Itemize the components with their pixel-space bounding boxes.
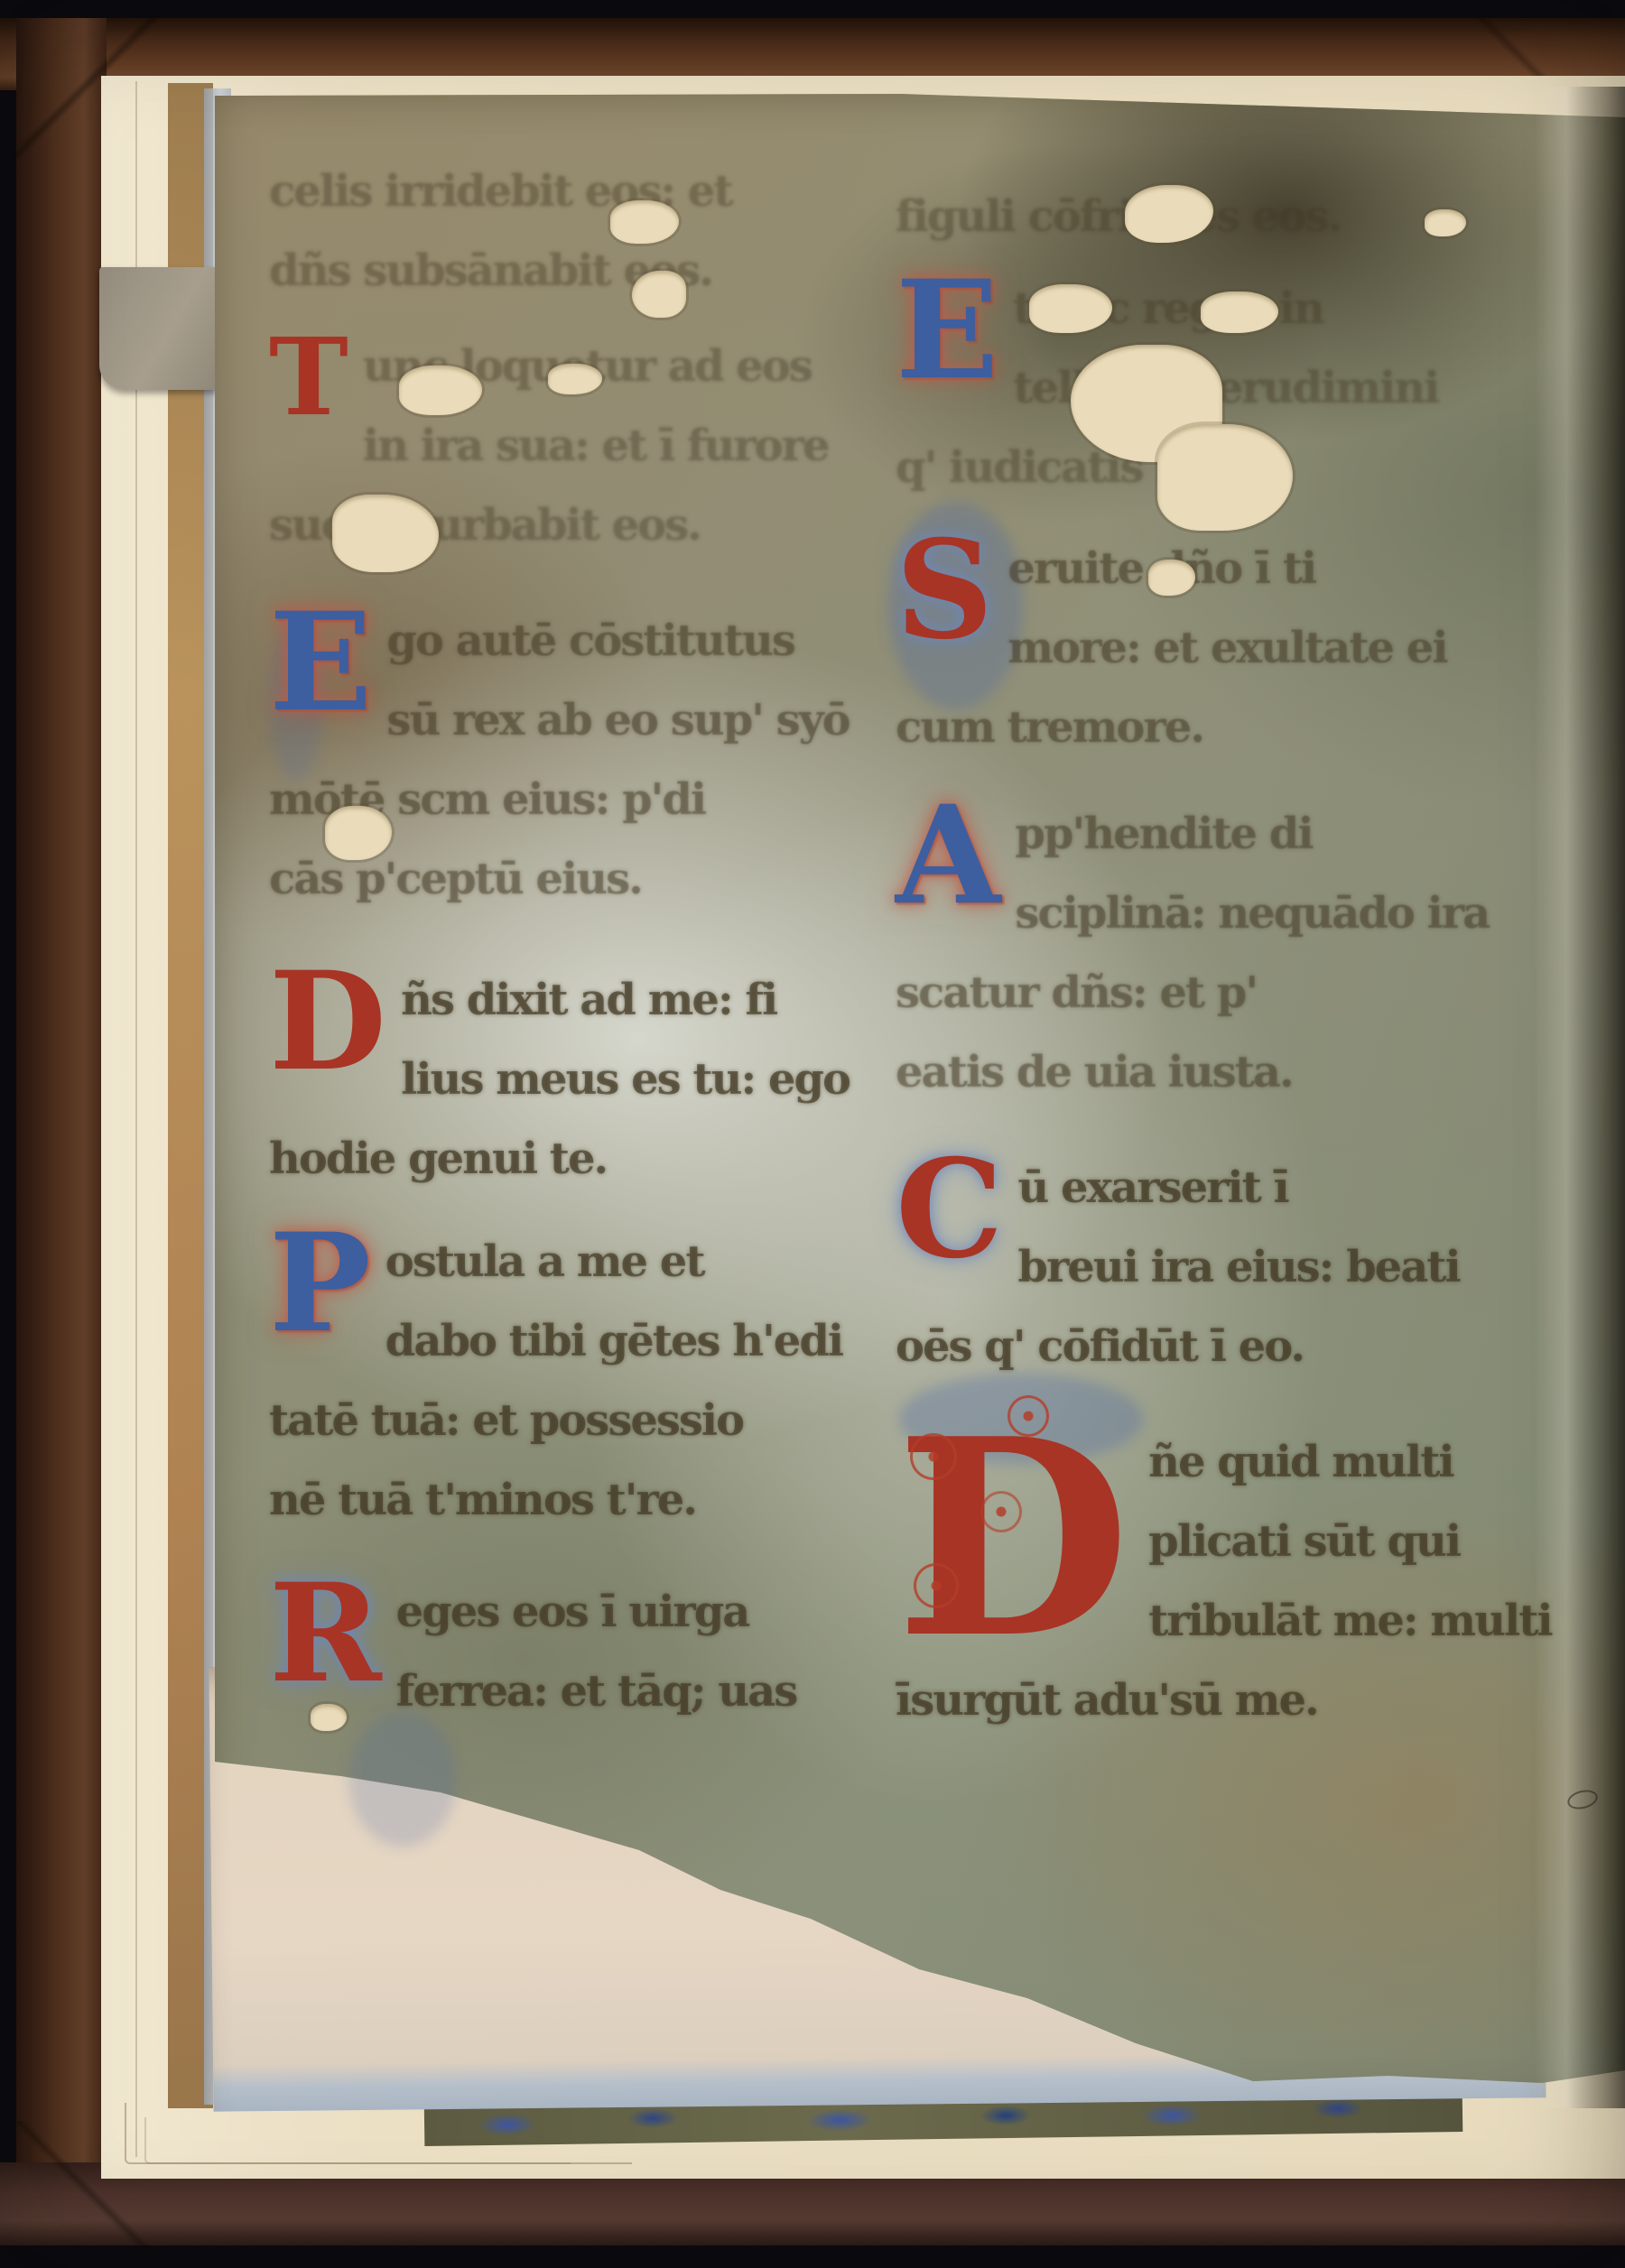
parchment-tab (99, 267, 224, 390)
illuminated-initial-D: D (269, 971, 386, 1073)
manuscript-photo: celis irridebit eos: et dñs subsānabit e… (0, 0, 1625, 2268)
illuminated-initial-R: R (269, 1583, 382, 1685)
leather-binding-left (16, 18, 107, 2238)
verse-block: E go autē cōstitutus sū rex ab eo sup' s… (269, 601, 901, 919)
pen-rosette (910, 1433, 957, 1480)
verse-block: P ostula a me et dabo tibi gētes h'edi t… (269, 1222, 901, 1540)
verse-block: A pp'hendite di sciplinā: nequādo ira sc… (896, 794, 1578, 1112)
verse-block: figuli cōfringes eos. (896, 177, 1578, 256)
parchment-hole (632, 271, 686, 318)
verse-block: S eruite dño ī ti more: et exultate ei c… (896, 529, 1578, 767)
verse-text: pp'hendite di sciplinā: nequādo ira scat… (896, 794, 1578, 1112)
illuminated-initial-C: C (896, 1159, 1003, 1261)
verse-text: go autē cōstitutus sū rex ab eo sup' syō… (269, 601, 901, 919)
verse-block: R eges eos ī uirga ferrea: et tāq; uas (269, 1572, 901, 1731)
pen-rosette (914, 1563, 959, 1608)
verse-block: C ū exarserit ī breui ira eius: beati oē… (896, 1148, 1578, 1386)
pen-rosette (980, 1491, 1022, 1532)
verse-block: celis irridebit eos: et dñs subsānabit e… (269, 152, 901, 310)
verse-block: D ñs dixit ad me: fi lius meus es tu: eg… (269, 960, 901, 1199)
verse-block: D ñe quid multi plicati sūt qui tribulāt… (896, 1422, 1578, 1740)
pen-rosette (1007, 1395, 1049, 1437)
verse-text: celis irridebit eos: et dñs subsānabit e… (269, 152, 901, 310)
verse-text: eruite dño ī ti more: et exultate ei cum… (896, 529, 1578, 767)
blue-pigment-smear (348, 1711, 457, 1847)
parchment-hole (332, 495, 439, 572)
paper-crease-line (135, 81, 137, 2157)
illuminated-initial-P: P (269, 1233, 371, 1335)
verse-text: figuli cōfringes eos. (896, 177, 1578, 256)
